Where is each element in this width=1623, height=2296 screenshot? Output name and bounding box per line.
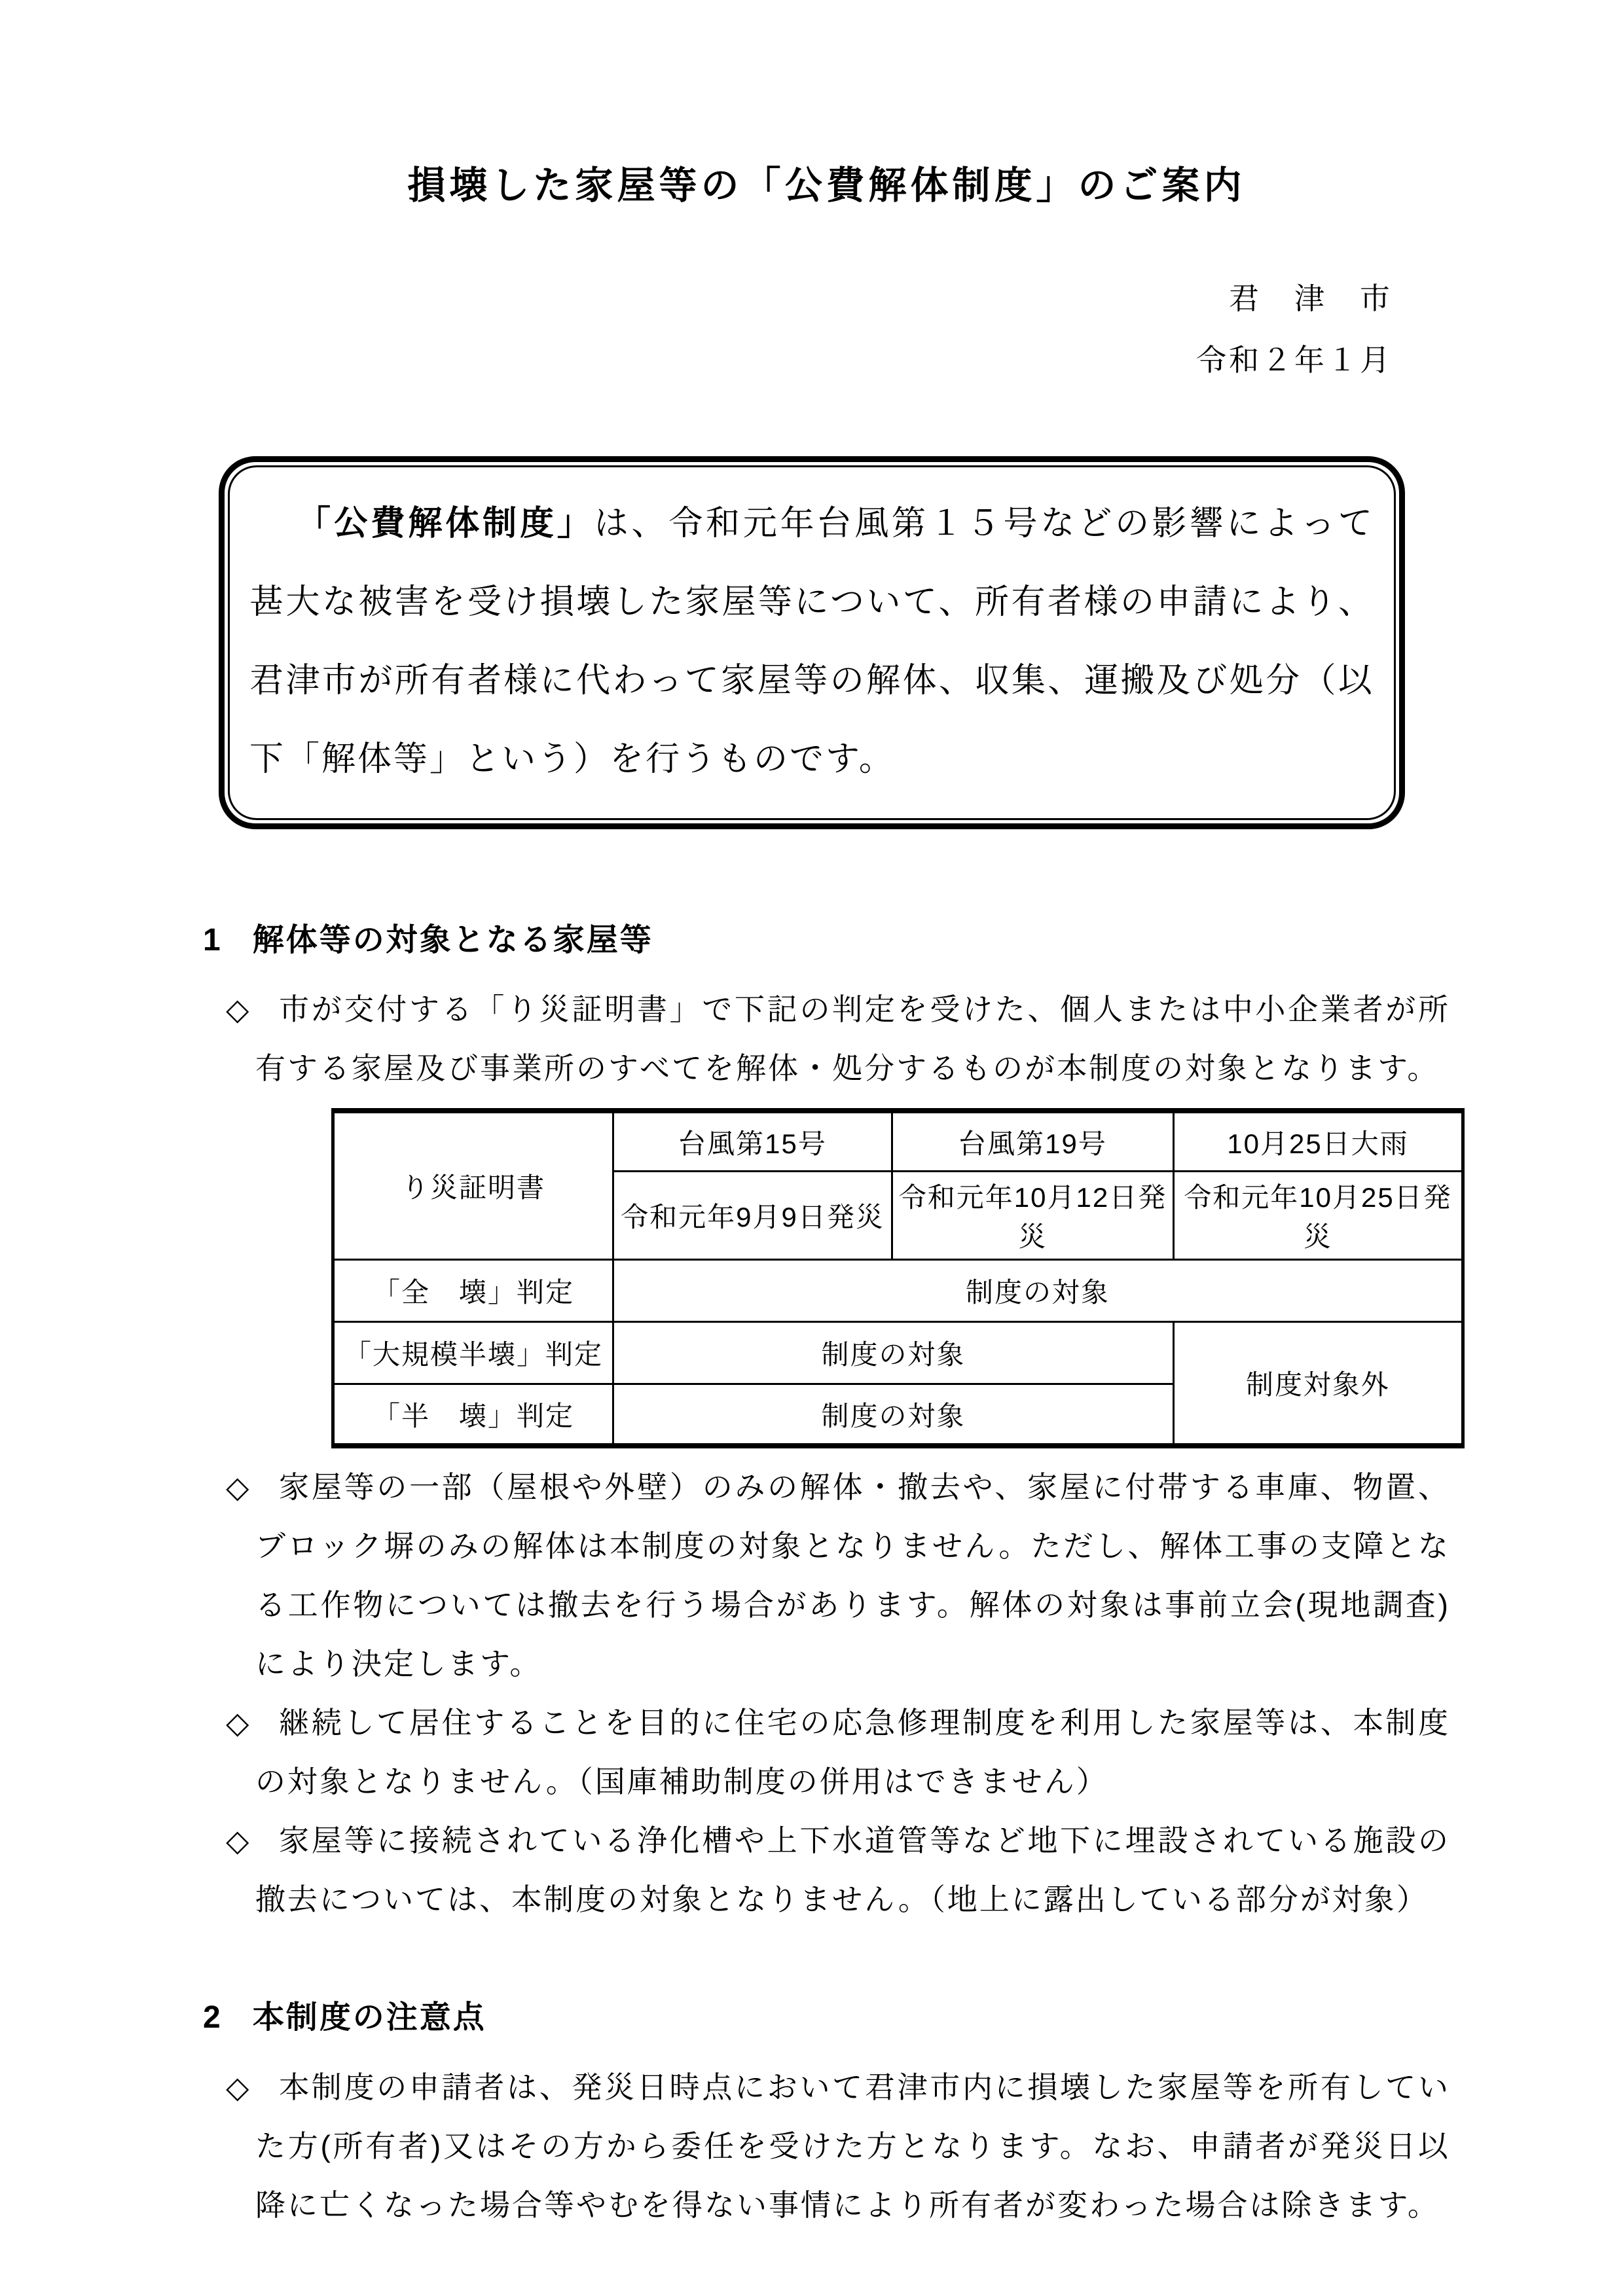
subheader-date-3: 令和元年10月25日発災 [1174, 1171, 1463, 1259]
intro-text: は、令和元年台風第１５号などの影響によって甚大な被害を受け損壊した家屋等について… [249, 505, 1374, 778]
intro-box: 「公費解体制度」は、令和元年台風第１５号などの影響によって甚大な被害を受け損壊し… [219, 456, 1405, 829]
bullet-item: ◇市が交付する「り災証明書」で下記の判定を受けた、個人または中小企業者が所有する… [203, 980, 1450, 1098]
section-1-title: 解体等の対象となる家屋等 [253, 923, 653, 958]
subheader-date-1: 令和元年9月9日発災 [613, 1171, 892, 1259]
bullet-item: ◇本制度の申請者は、発災日時点において君津市内に損壊した家屋等を所有していた方(… [203, 2058, 1450, 2234]
subheader-date-2: 令和元年10月12日発災 [892, 1171, 1174, 1259]
section-1-number: 1 [203, 923, 223, 958]
section-2: 2本制度の注意点 ◇本制度の申請者は、発災日時点において君津市内に損壊した家屋等… [203, 1993, 1450, 2234]
byline-block: 君 津 市 令和２年１月 [203, 268, 1450, 391]
diamond-bullet-icon: ◇ [226, 1470, 251, 1504]
bullet-text: 継続して居住することを目的に住宅の応急修理制度を利用した家屋等は、本制度の対象と… [255, 1706, 1450, 1799]
bullet-item: ◇家屋等に接続されている浄化槽や上下水道管等など地下に埋設されている施設の撤去に… [203, 1811, 1450, 1929]
table-row: り災証明書 台風第15号 台風第19号 10月25日大雨 [333, 1111, 1463, 1171]
cell-not-eligible: 制度対象外 [1174, 1321, 1463, 1446]
intro-box-inner-border: 「公費解体制度」は、令和元年台風第１５号などの影響によって甚大な被害を受け損壊し… [228, 465, 1396, 820]
document-page: { "document": { "title": "損壊した家屋等の「公費解体制… [0, 0, 1623, 2296]
diamond-bullet-icon: ◇ [226, 2070, 251, 2104]
diamond-bullet-icon: ◇ [226, 1823, 251, 1857]
bullet-item: ◇継続して居住することを目的に住宅の応急修理制度を利用した家屋等は、本制度の対象… [203, 1693, 1450, 1811]
column-header-typhoon19: 台風第19号 [892, 1111, 1174, 1171]
cell-eligible-zenkai: 制度の対象 [613, 1259, 1463, 1321]
row-label-daikibohankai: 「大規模半壊」判定 [333, 1321, 613, 1384]
bullet-text: 家屋等に接続されている浄化槽や上下水道管等など地下に埋設されている施設の撤去につ… [255, 1823, 1450, 1916]
bullet-text: 本制度の申請者は、発災日時点において君津市内に損壊した家屋等を所有していた方(所… [255, 2070, 1450, 2222]
section-2-number: 2 [203, 2000, 223, 2035]
publish-date: 令和２年１月 [203, 329, 1393, 391]
row-label-hankai: 「半 壊」判定 [333, 1384, 613, 1446]
row-label-zenkai: 「全 壊」判定 [333, 1259, 613, 1321]
bullet-item: ◇家屋等の一部（屋根や外壁）のみの解体・撤去や、家屋に付帯する車庫、物置、ブロッ… [203, 1458, 1450, 1693]
intro-paragraph: 「公費解体制度」は、令和元年台風第１５号などの影響によって甚大な被害を受け損壊し… [249, 484, 1374, 798]
intro-lead-term: 「公費解体制度」 [297, 505, 594, 543]
column-header-typhoon15: 台風第15号 [613, 1111, 892, 1171]
diamond-bullet-icon: ◇ [226, 1706, 251, 1740]
bullet-text: 市が交付する「り災証明書」で下記の判定を受けた、個人または中小企業者が所有する家… [255, 992, 1450, 1085]
table-corner-header: り災証明書 [333, 1111, 613, 1259]
section-2-title: 本制度の注意点 [253, 2000, 486, 2035]
table-row: 「大規模半壊」判定 制度の対象 制度対象外 [333, 1321, 1463, 1384]
bullet-text: 家屋等の一部（屋根や外壁）のみの解体・撤去や、家屋に付帯する車庫、物置、ブロック… [255, 1470, 1450, 1681]
diamond-bullet-icon: ◇ [226, 992, 251, 1026]
organization-name: 君 津 市 [203, 268, 1393, 329]
section-1-heading: 1解体等の対象となる家屋等 [203, 916, 1450, 966]
table-row: 「全 壊」判定 制度の対象 [333, 1259, 1463, 1321]
eligibility-table: り災証明書 台風第15号 台風第19号 10月25日大雨 令和元年9月9日発災 … [331, 1108, 1465, 1448]
page-title: 損壊した家屋等の「公費解体制度」のご案内 [203, 162, 1450, 210]
cell-eligible-daikibohankai: 制度の対象 [613, 1321, 1174, 1384]
column-header-rain: 10月25日大雨 [1174, 1111, 1463, 1171]
cell-eligible-hankai: 制度の対象 [613, 1384, 1174, 1446]
section-2-heading: 2本制度の注意点 [203, 1993, 1450, 2043]
